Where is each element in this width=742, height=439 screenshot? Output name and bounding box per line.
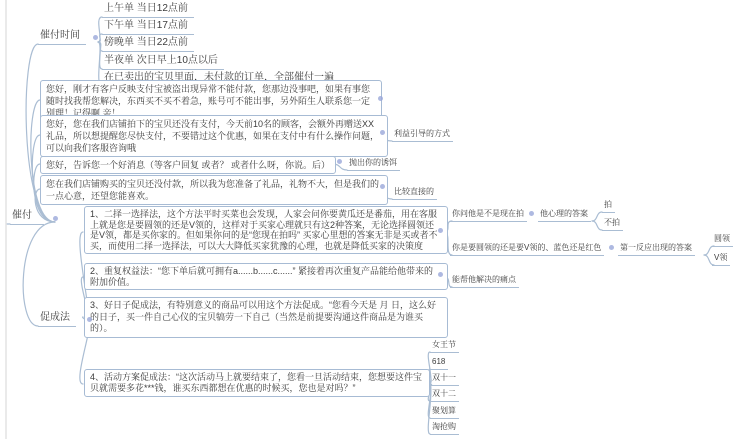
script-box-4[interactable]: 您在我们店铺购买的宝贝还没付款，所以我为您准备了礼品，礼物不大，但是我们的一点心… bbox=[40, 175, 388, 205]
event-leaf[interactable]: 618 bbox=[430, 357, 448, 370]
answer-leaf[interactable]: 拍 bbox=[602, 200, 615, 213]
event-leaf[interactable]: 双十一 bbox=[430, 373, 459, 386]
method-box-3[interactable]: 3、好日子促成法，有特别意义的商品可以用这个方法促成。“您看今天是 月 日，这么… bbox=[84, 297, 448, 338]
event-leaf[interactable]: 淘抢购 bbox=[430, 422, 459, 435]
sub-question-1[interactable]: 你问他是不是现在拍 bbox=[450, 209, 527, 222]
node-marker-icon bbox=[378, 96, 383, 101]
branch-timing[interactable]: 催付时间 bbox=[38, 31, 86, 45]
timing-item[interactable]: 半夜单 次日早上10点以后 bbox=[102, 56, 224, 70]
node-marker-icon bbox=[438, 272, 443, 277]
timing-item[interactable]: 下午单 当日17点前 bbox=[102, 21, 194, 35]
script-box-2[interactable]: 您好，您在我们店铺拍下的宝贝还没有支付，今天前10名的顾客，会额外再赠送XX礼品… bbox=[40, 115, 388, 157]
event-leaf[interactable]: 聚划算 bbox=[430, 406, 459, 419]
note-benefit-guide[interactable]: 利益引导的方式 bbox=[392, 129, 453, 142]
script-box-3[interactable]: 您好，告诉您一个好消息（等客户回复 或者？ 或者什么呀，你说。后） bbox=[40, 156, 336, 174]
node-marker-icon bbox=[337, 159, 342, 164]
node-marker-icon bbox=[380, 130, 385, 135]
method-box-4[interactable]: 4、活动方案促成法：“这次活动马上就要结束了，您看一旦活动结束，您想要这件宝贝就… bbox=[84, 369, 430, 397]
mindmap-canvas: 催付 催付时间 上午单 当日12点前 下午单 当日17点前 傍晚单 当日22点前… bbox=[0, 0, 742, 439]
node-marker-icon bbox=[93, 35, 98, 40]
note-pain-point[interactable]: 能帮他解决的痛点 bbox=[450, 275, 519, 288]
node-marker-icon bbox=[53, 216, 58, 221]
node-marker-icon bbox=[529, 211, 534, 216]
node-marker-icon bbox=[380, 184, 385, 189]
sub-question-2[interactable]: 你是要圆领的还是要V领的、蓝色还是红色 bbox=[450, 243, 604, 256]
node-marker-icon bbox=[87, 317, 92, 322]
sub-mid-2[interactable]: 第一反应出现的答案 bbox=[618, 243, 695, 256]
answer-leaf[interactable]: V领 bbox=[712, 253, 730, 266]
method-box-1[interactable]: 1、二择一选择法，这个方法平时买菜也会发现，人家会问你要黄瓜还是番茄，用在客服上… bbox=[84, 206, 448, 254]
note-throw-bait[interactable]: 抛出你的诱饵 bbox=[347, 158, 400, 171]
note-direct[interactable]: 比较直接的 bbox=[392, 187, 437, 200]
node-marker-icon bbox=[609, 245, 614, 250]
event-leaf[interactable]: 女王节 bbox=[430, 340, 459, 353]
answer-leaf[interactable]: 不拍 bbox=[602, 218, 623, 231]
event-leaf[interactable]: 双十二 bbox=[430, 389, 459, 402]
answer-leaf[interactable]: 圆领 bbox=[712, 234, 733, 247]
timing-item[interactable]: 上午单 当日12点前 bbox=[102, 4, 194, 18]
method-box-2[interactable]: 2、重复权益法：“您下单后就可拥有a......b......c......” … bbox=[84, 263, 448, 290]
timing-item[interactable]: 傍晚单 当日22点前 bbox=[102, 38, 194, 52]
node-marker-icon bbox=[438, 228, 443, 233]
sub-mid-1[interactable]: 他心理的答案 bbox=[538, 209, 591, 222]
root-node[interactable]: 催付 bbox=[10, 211, 44, 225]
branch-methods[interactable]: 促成法 bbox=[38, 313, 76, 327]
